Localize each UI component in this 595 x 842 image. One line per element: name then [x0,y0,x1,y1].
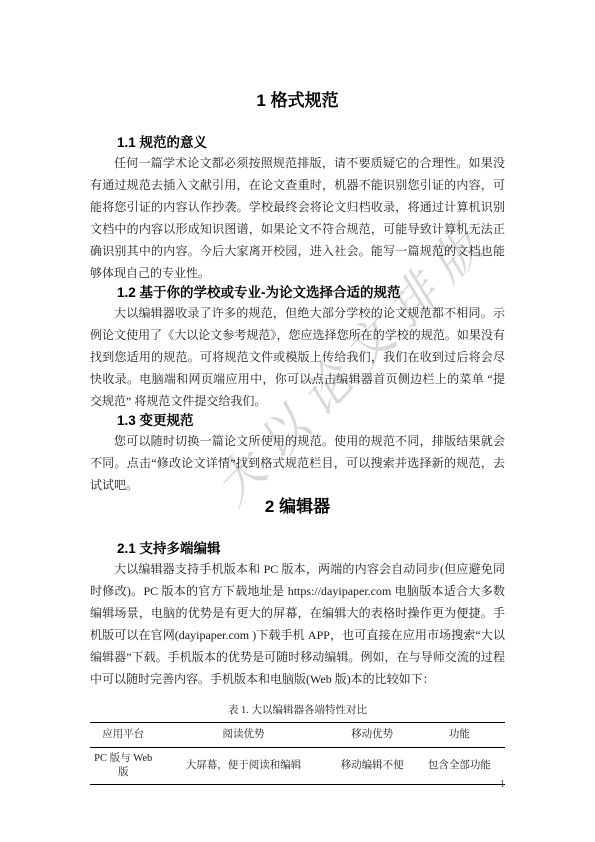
section-1-1-paragraph: 任何一篇学术论文都必须按照规范排版，请不要质疑它的合理性。如果没有通过规范去插入… [90,152,505,284]
section-1-1-heading: 1.1 规范的意义 [90,134,505,152]
table-header-row: 应用平台 阅读优势 移动优势 功能 [90,723,505,748]
table-cell-mobile-advantage: 移动编辑不便 [331,748,414,785]
section-2-1-paragraph: 大以编辑器支持手机版本和 PC 版本，两端的内容会自动同步(但应避免同时修改)。… [90,558,505,690]
table-cell-features: 包含全部功能 [414,748,505,785]
section-1-3-paragraph: 您可以随时切换一篇论文所使用的规范。使用的规范不同，排版结果就会不同。点击“修改… [90,430,505,496]
feature-comparison-table: 应用平台 阅读优势 移动优势 功能 PC 版与 Web 版 大屏幕，便于阅读和编… [90,722,505,785]
chapter-1-title: 1 格式规范 [90,90,505,112]
table-header-features: 功能 [414,723,505,748]
section-1-2-heading: 1.2 基于你的学校或专业-为论文选择合适的规范 [90,284,505,302]
chapter-2-title: 2 编辑器 [90,496,505,518]
section-2-1-heading: 2.1 支持多端编辑 [90,540,505,558]
table-header-mobile-advantage: 移动优势 [331,723,414,748]
table-cell-reading-advantage: 大屏幕，便于阅读和编辑 [156,748,330,785]
table-caption: 表 1. 大以编辑器各端特性对比 [90,704,505,718]
table-cell-platform: PC 版与 Web 版 [90,748,156,785]
section-1-2-paragraph: 大以编辑器收录了许多的规范，但绝大部分学校的论文规范都不相同。示例论文使用了《大… [90,302,505,412]
table-row: PC 版与 Web 版 大屏幕，便于阅读和编辑 移动编辑不便 包含全部功能 [90,748,505,785]
document-content: 1 格式规范 1.1 规范的意义 任何一篇学术论文都必须按照规范排版，请不要质疑… [90,90,505,785]
table-header-platform: 应用平台 [90,723,156,748]
document-page: 大以论文排版 1 格式规范 1.1 规范的意义 任何一篇学术论文都必须按照规范排… [0,0,595,842]
section-1-3-heading: 1.3 变更规范 [90,412,505,430]
table-header-reading-advantage: 阅读优势 [156,723,330,748]
